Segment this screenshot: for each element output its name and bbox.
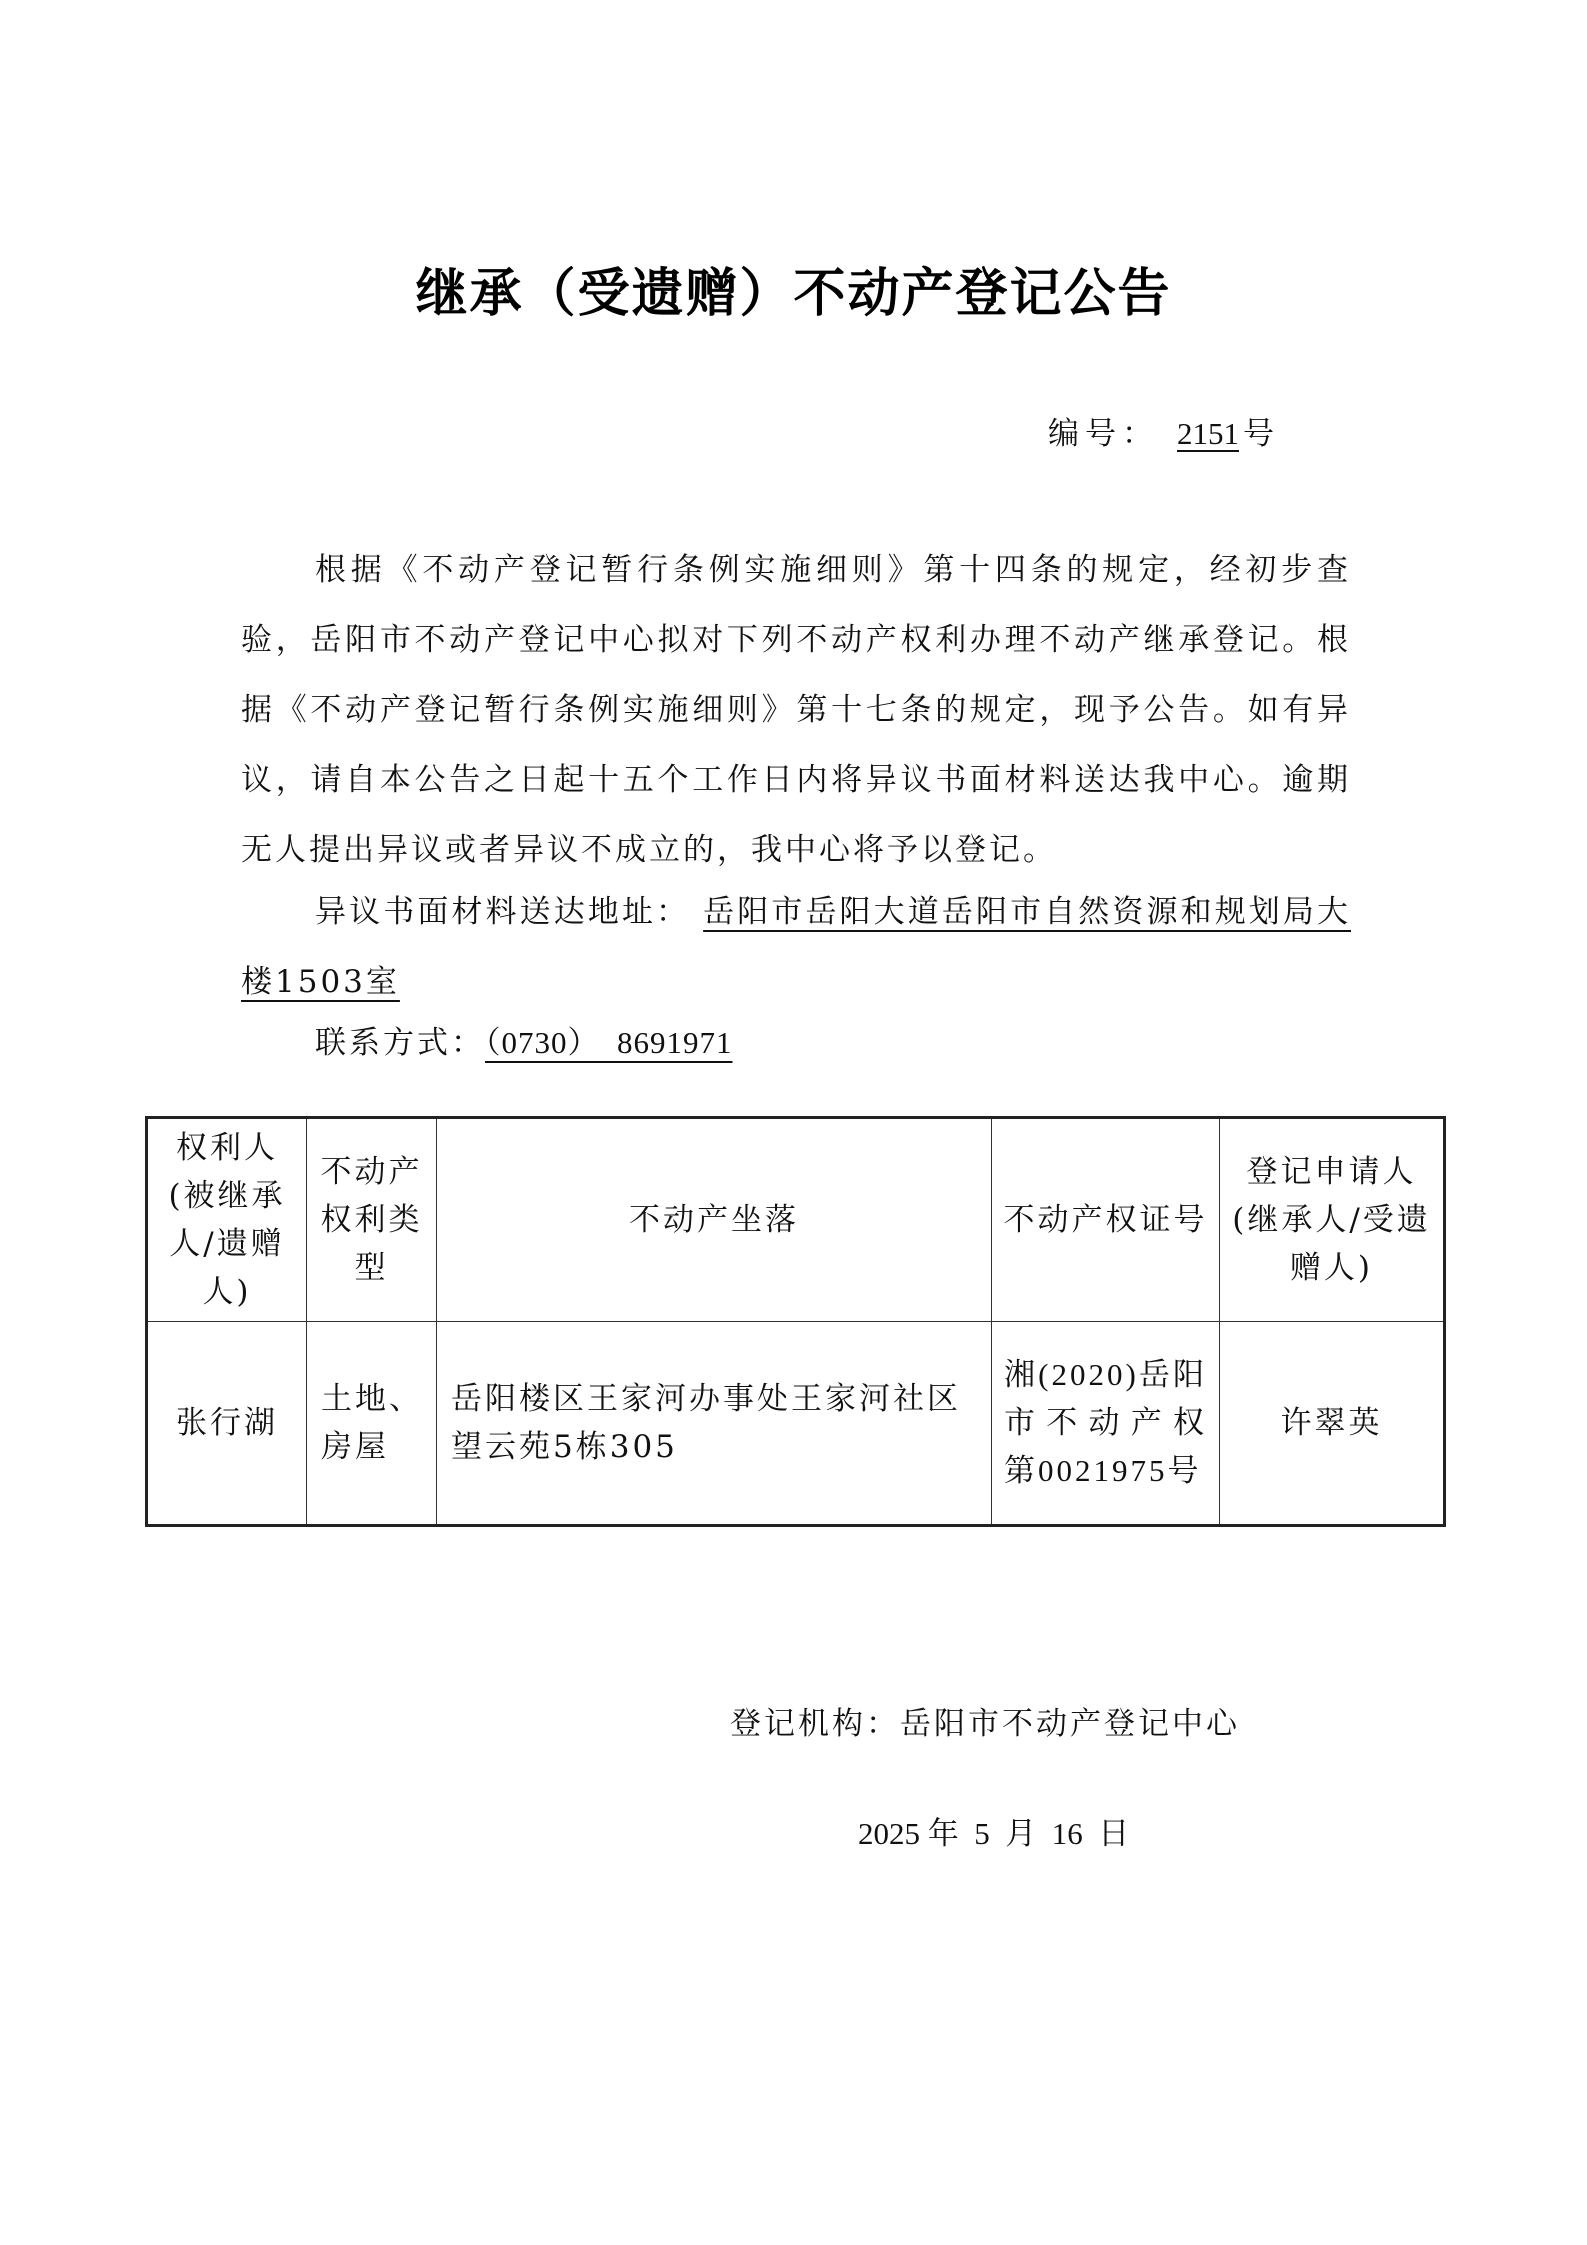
date-month-unit: 月 [1005, 1816, 1036, 1852]
authority-value: 岳阳市不动产登记中心 [900, 1706, 1240, 1742]
notice-date: 2025 年 5 月 16 日 [858, 1812, 1129, 1856]
serial-number: 编号：2151号 [1048, 412, 1274, 456]
registration-table: 权利人(被继承人/遗赠人) 不动产权利类型 不动产坐落 不动产权证号 登记申请人… [145, 1116, 1446, 1527]
cell-certificate-no: 湘(2020)岳阳市不动产权第0021975号 [992, 1322, 1220, 1526]
header-right-holder: 权利人(被继承人/遗赠人) [147, 1118, 307, 1322]
contact-info: 联系方式：（0730） 8691971 [315, 1008, 761, 1078]
date-year: 2025 [858, 1816, 920, 1851]
date-day: 16 [1052, 1816, 1083, 1851]
header-right-type: 不动产权利类型 [307, 1118, 437, 1322]
header-certificate-no: 不动产权证号 [992, 1118, 1220, 1322]
table-header-row: 权利人(被继承人/遗赠人) 不动产权利类型 不动产坐落 不动产权证号 登记申请人… [147, 1118, 1445, 1322]
address-label: 异议书面材料送达地址： [315, 894, 690, 930]
header-location: 不动产坐落 [437, 1118, 992, 1322]
notice-paragraph: 根据《不动产登记暂行条例实施细则》第十四条的规定，经初步查验，岳阳市不动产登记中… [241, 535, 1351, 885]
table-row: 张行湖 土地、房屋 岳阳楼区王家河办事处王家河社区望云苑5栋305 湘(2020… [147, 1322, 1445, 1526]
cell-right-type: 土地、房屋 [307, 1322, 437, 1526]
page-title: 继承（受遗赠）不动产登记公告 [0, 258, 1587, 330]
registration-authority: 登记机构：岳阳市不动产登记中心 [730, 1702, 1240, 1746]
date-day-unit: 日 [1098, 1816, 1129, 1852]
date-month: 5 [974, 1816, 990, 1851]
serial-label: 编号： [1048, 416, 1159, 452]
header-applicant: 登记申请人(继承人/受遗赠人) [1220, 1118, 1445, 1322]
cell-right-holder: 张行湖 [147, 1322, 307, 1526]
contact-label: 联系方式： [315, 1025, 485, 1061]
serial-value: 2151 [1159, 416, 1243, 451]
authority-label: 登记机构： [730, 1706, 900, 1742]
date-year-unit: 年 [928, 1816, 959, 1852]
objection-address: 异议书面材料送达地址： 岳阳市岳阳大道岳阳市自然资源和规划局大楼1503室 [241, 877, 1351, 1017]
cell-applicant: 许翠英 [1220, 1322, 1445, 1526]
contact-phone: （0730） 8691971 [485, 1025, 761, 1060]
serial-suffix: 号 [1243, 416, 1274, 452]
cell-location: 岳阳楼区王家河办事处王家河社区望云苑5栋305 [437, 1322, 992, 1526]
